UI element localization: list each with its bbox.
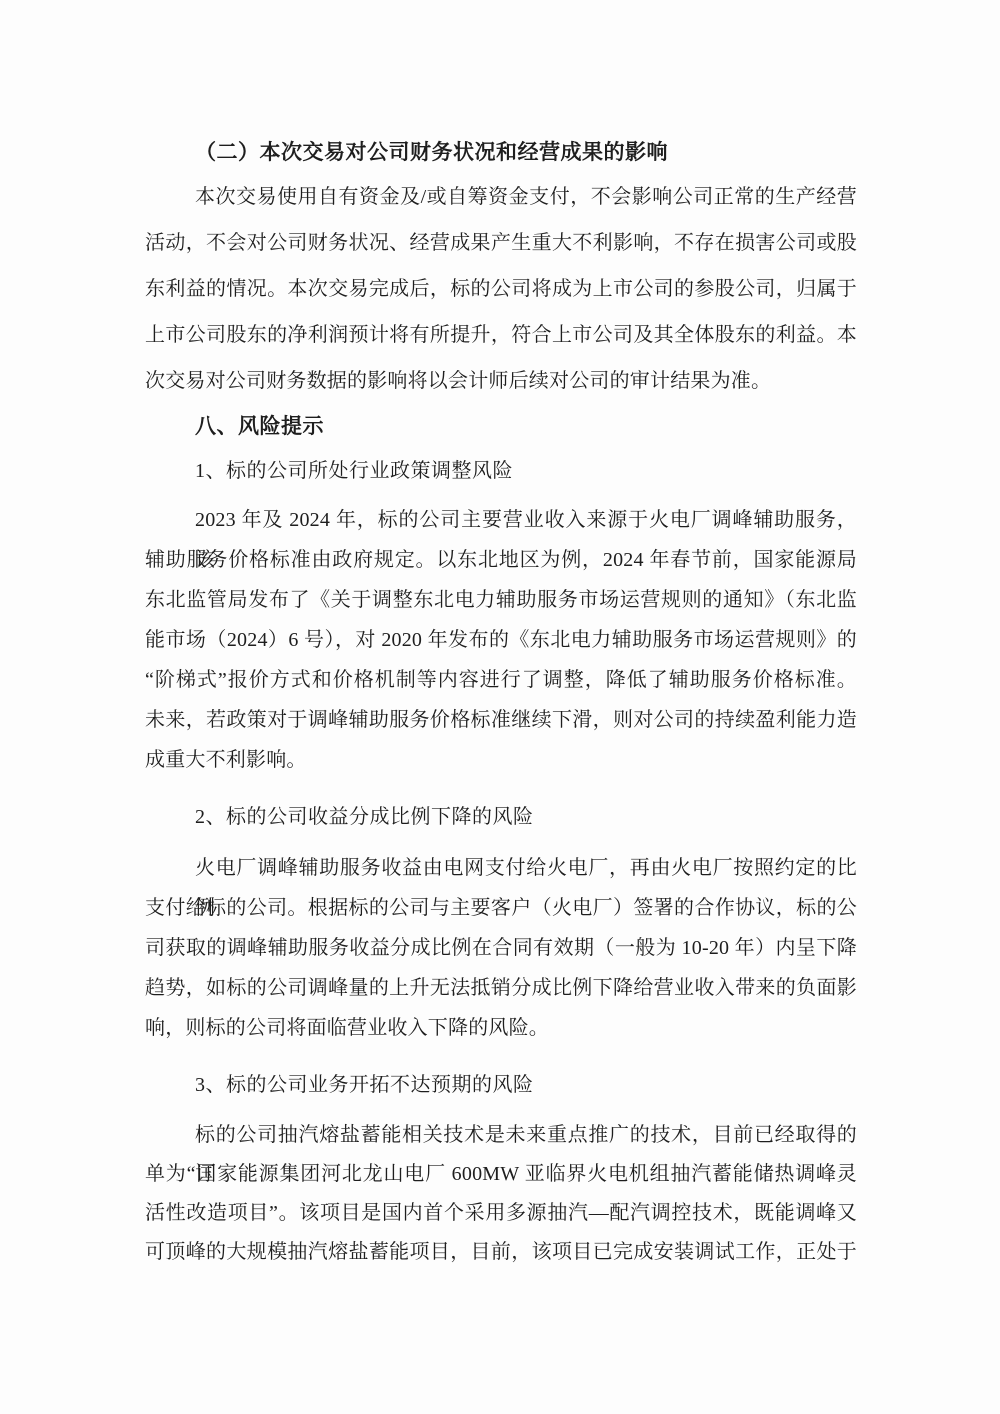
document-content: （二）本次交易对公司财务状况和经营成果的影响 本次交易使用自有资金及/或自筹资金… (145, 138, 857, 1272)
paragraph-risk-3: 标的公司抽汽熔盐蓄能相关技术是未来重点推广的技术，目前已经取得的订 单为“国家能… (145, 1116, 857, 1272)
section-heading-risk: 八、风险提示 (145, 412, 857, 440)
paragraph-line: 支付给标的公司。根据标的公司与主要客户（火电厂）签署的合作协议，标的公 (145, 888, 857, 928)
paragraph-line: 辅助服务价格标准由政府规定。以东北地区为例，2024 年春节前，国家能源局 (145, 540, 857, 580)
risk-3-title: 3、标的公司业务开拓不达预期的风险 (145, 1071, 857, 1099)
paragraph-line: 趋势，如标的公司调峰量的上升无法抵销分成比例下降给营业收入带来的负面影 (145, 968, 857, 1008)
risk-1-title: 1、标的公司所处行业政策调整风险 (145, 457, 857, 485)
risk-2-title: 2、标的公司收益分成比例下降的风险 (145, 803, 857, 831)
paragraph-line: “阶梯式”报价方式和价格机制等内容进行了调整，降低了辅助服务价格标准。 (145, 660, 857, 700)
paragraph-risk-2: 火电厂调峰辅助服务收益由电网支付给火电厂，再由火电厂按照约定的比例 支付给标的公… (145, 848, 857, 1048)
paragraph-line: 成重大不利影响。 (145, 740, 857, 780)
paragraph-line: 未来，若政策对于调峰辅助服务价格标准继续下滑，则对公司的持续盈利能力造 (145, 700, 857, 740)
paragraph-line: 响，则标的公司将面临营业收入下降的风险。 (145, 1008, 857, 1048)
paragraph-line: 东利益的情况。本次交易完成后，标的公司将成为上市公司的参股公司，归属于 (145, 266, 857, 312)
paragraph-line: 本次交易使用自有资金及/或自筹资金支付，不会影响公司正常的生产经营 (145, 174, 857, 220)
paragraph-line: 标的公司抽汽熔盐蓄能相关技术是未来重点推广的技术，目前已经取得的订 (145, 1116, 857, 1155)
paragraph-line: 火电厂调峰辅助服务收益由电网支付给火电厂，再由火电厂按照约定的比例 (145, 848, 857, 888)
paragraph-line: 次交易对公司财务数据的影响将以会计师后续对公司的审计结果为准。 (145, 358, 857, 404)
paragraph-line: 东北监管局发布了《关于调整东北电力辅助服务市场运营规则的通知》（东北监 (145, 580, 857, 620)
paragraph-line: 活性改造项目”。该项目是国内首个采用多源抽汽—配汽调控技术，既能调峰又 (145, 1194, 857, 1233)
paragraph-line: 司获取的调峰辅助服务收益分成比例在合同有效期（一般为 10-20 年）内呈下降 (145, 928, 857, 968)
paragraph-line: 上市公司股东的净利润预计将有所提升，符合上市公司及其全体股东的利益。本 (145, 312, 857, 358)
paragraph-risk-1: 2023 年及 2024 年，标的公司主要营业收入来源于火电厂调峰辅助服务，该 … (145, 500, 857, 780)
section-heading-financial-impact: （二）本次交易对公司财务状况和经营成果的影响 (145, 138, 857, 166)
paragraph-line: 单为“国家能源集团河北龙山电厂 600MW 亚临界火电机组抽汽蓄能储热调峰灵 (145, 1155, 857, 1194)
paragraph-financial-impact: 本次交易使用自有资金及/或自筹资金支付，不会影响公司正常的生产经营 活动，不会对… (145, 174, 857, 404)
paragraph-line: 可顶峰的大规模抽汽熔盐蓄能项目，目前，该项目已完成安装调试工作，正处于 (145, 1233, 857, 1272)
paragraph-line: 活动，不会对公司财务状况、经营成果产生重大不利影响，不存在损害公司或股 (145, 220, 857, 266)
paragraph-line: 2023 年及 2024 年，标的公司主要营业收入来源于火电厂调峰辅助服务，该 (145, 500, 857, 540)
document-page: （二）本次交易对公司财务状况和经营成果的影响 本次交易使用自有资金及/或自筹资金… (0, 0, 1000, 1414)
paragraph-line: 能市场（2024）6 号），对 2020 年发布的《东北电力辅助服务市场运营规则… (145, 620, 857, 660)
